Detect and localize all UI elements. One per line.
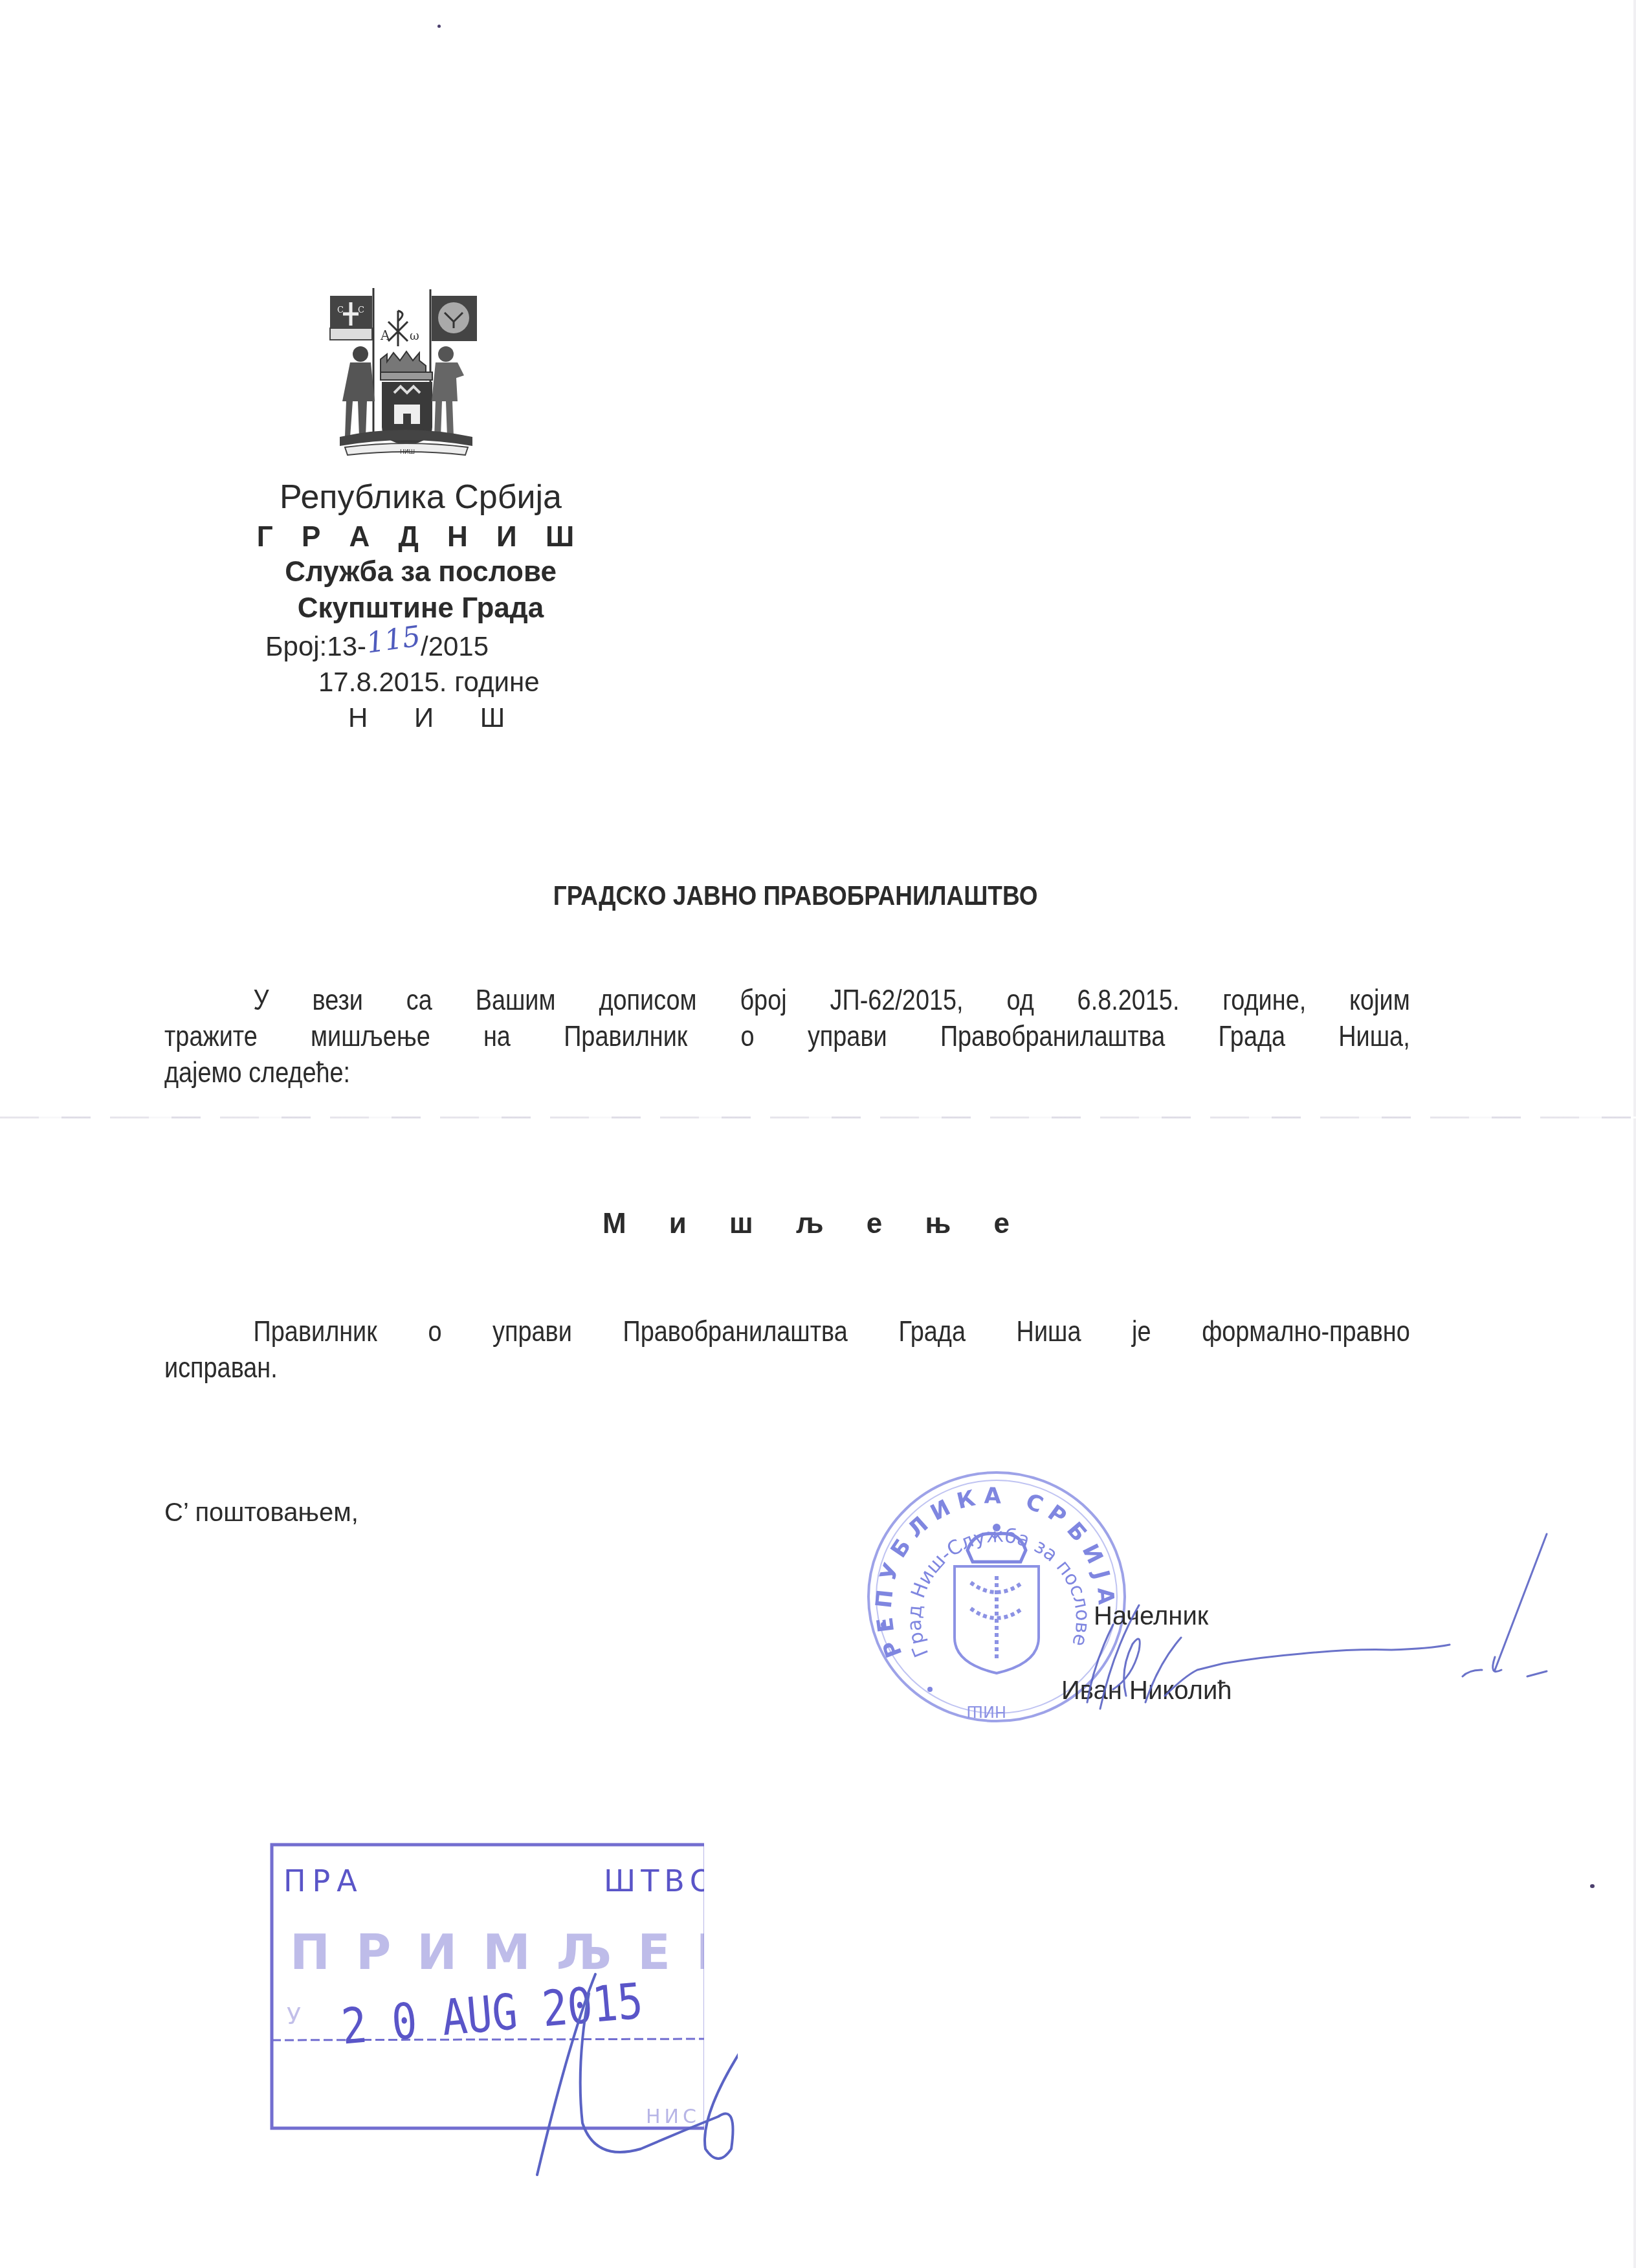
document-date: 17.8.2015. године (318, 667, 540, 698)
header-country: Република Србија (233, 480, 608, 514)
initials-icon (505, 1968, 738, 2181)
svg-text:A: A (380, 328, 390, 343)
signature-icon (1048, 1508, 1592, 1728)
header-department-line2: Скупштине Града (233, 594, 608, 623)
coat-of-arms-icon: C C A ω НИШ (327, 275, 485, 463)
svg-text:ω: ω (410, 329, 419, 343)
svg-text:ПРА: ПРА (283, 1863, 364, 1898)
intro-line: дајемо следеће: (164, 1055, 1410, 1091)
opinion-title: М и ш љ е њ е (0, 1208, 1636, 1240)
scan-speck (1590, 1884, 1595, 1888)
svg-text:C: C (358, 306, 364, 315)
coat-of-arms-logo: C C A ω НИШ (327, 275, 485, 463)
svg-text:НИШ: НИШ (966, 1702, 1006, 1720)
received-stamp-initials (505, 1968, 738, 2181)
intro-line: тражите мишљење на Правилник о управи Пр… (164, 1019, 1410, 1055)
salutation: С’ поштовањем, (164, 1498, 359, 1528)
svg-text:НИШ: НИШ (400, 449, 415, 456)
scan-speck (437, 25, 441, 28)
fold-line (0, 1117, 1636, 1118)
header-department-line1: Служба за послове (233, 558, 608, 586)
svg-text:ШТВО: ШТВО (604, 1863, 704, 1898)
intro-line: У вези са Вашим дописом број ЈП-62/2015,… (164, 983, 1410, 1019)
document-number-suffix: /2015 (421, 631, 489, 661)
header-city: Г Р А Д Н И Ш (233, 523, 608, 551)
handwritten-signature (1048, 1508, 1592, 1728)
document-number-handwritten: 115 (364, 619, 423, 660)
document-place: Н И Ш (348, 702, 524, 733)
page-edge (1633, 0, 1636, 2268)
opinion-line: Правилник о управи Правобранилаштва Град… (164, 1314, 1410, 1350)
svg-text:У: У (287, 2003, 301, 2030)
document-number: Број:13-115/2015 (265, 630, 489, 663)
svg-text:C: C (337, 306, 344, 315)
intro-paragraph: У вези са Вашим дописом број ЈП-62/2015,… (164, 983, 1410, 1091)
addressee-heading: ГРАДСКО ЈАВНО ПРАВОБРАНИЛАШТВО (96, 880, 1536, 911)
document-number-prefix: Број:13- (265, 631, 366, 661)
opinion-paragraph: Правилник о управи Правобранилаштва Град… (164, 1314, 1410, 1386)
opinion-line: исправан. (164, 1350, 1410, 1386)
